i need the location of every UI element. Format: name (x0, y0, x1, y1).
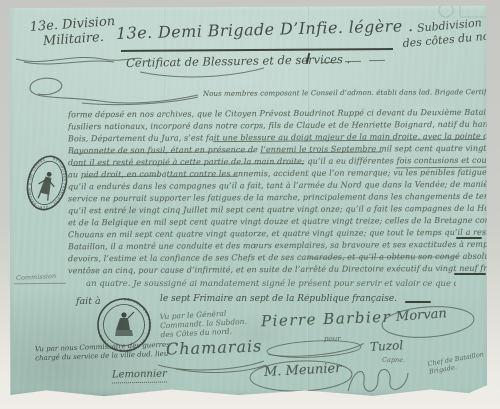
page-title: 13e. Demi Brigade D’Infie. légère . (116, 16, 408, 43)
commissaire-signature: Lemonnier (112, 369, 167, 384)
commissaire-note: Vu par nous Commissaire des guerres char… (35, 341, 171, 363)
ink-dash (456, 237, 482, 239)
seated-figure (115, 312, 134, 336)
closing-line-2-end: le sept Frimaire an sept de la Républiqu… (160, 294, 422, 304)
general-approval-note: Vu par le Général Commandt. la Subdon. d… (159, 308, 247, 340)
body-line: ventôse an cinq, pour cause d’infirmité,… (68, 264, 492, 279)
signature-loops-flourish (344, 361, 412, 397)
body-line: Nous membres composant le Conseil d’admo… (203, 88, 493, 102)
signature-tuzol: Tuzol (370, 338, 404, 354)
photo-backdrop: 13e. Division Militaire. 13e. Demi Briga… (0, 0, 500, 409)
right-corner-note: Chef de Bataillon Brigade. (427, 350, 486, 377)
closing-line-1: an quatre. Je soussigné ai mandatement s… (86, 279, 456, 289)
liberty-figure (35, 170, 57, 201)
header-right: Subdivision des côtes du nord. (401, 15, 499, 52)
header-left: 13e. Division Militaire. (17, 14, 129, 51)
margin-note: Commission (16, 272, 57, 282)
opening-flourish (22, 73, 202, 107)
document-paper: 13e. Division Militaire. 13e. Demi Briga… (8, 5, 488, 399)
ink-dash (454, 273, 486, 275)
general-signature: Chamarais (166, 336, 263, 358)
title-rule (121, 48, 393, 52)
header-left-flourish (14, 51, 144, 67)
signature-barbier: Pierre Barbier (261, 308, 392, 331)
